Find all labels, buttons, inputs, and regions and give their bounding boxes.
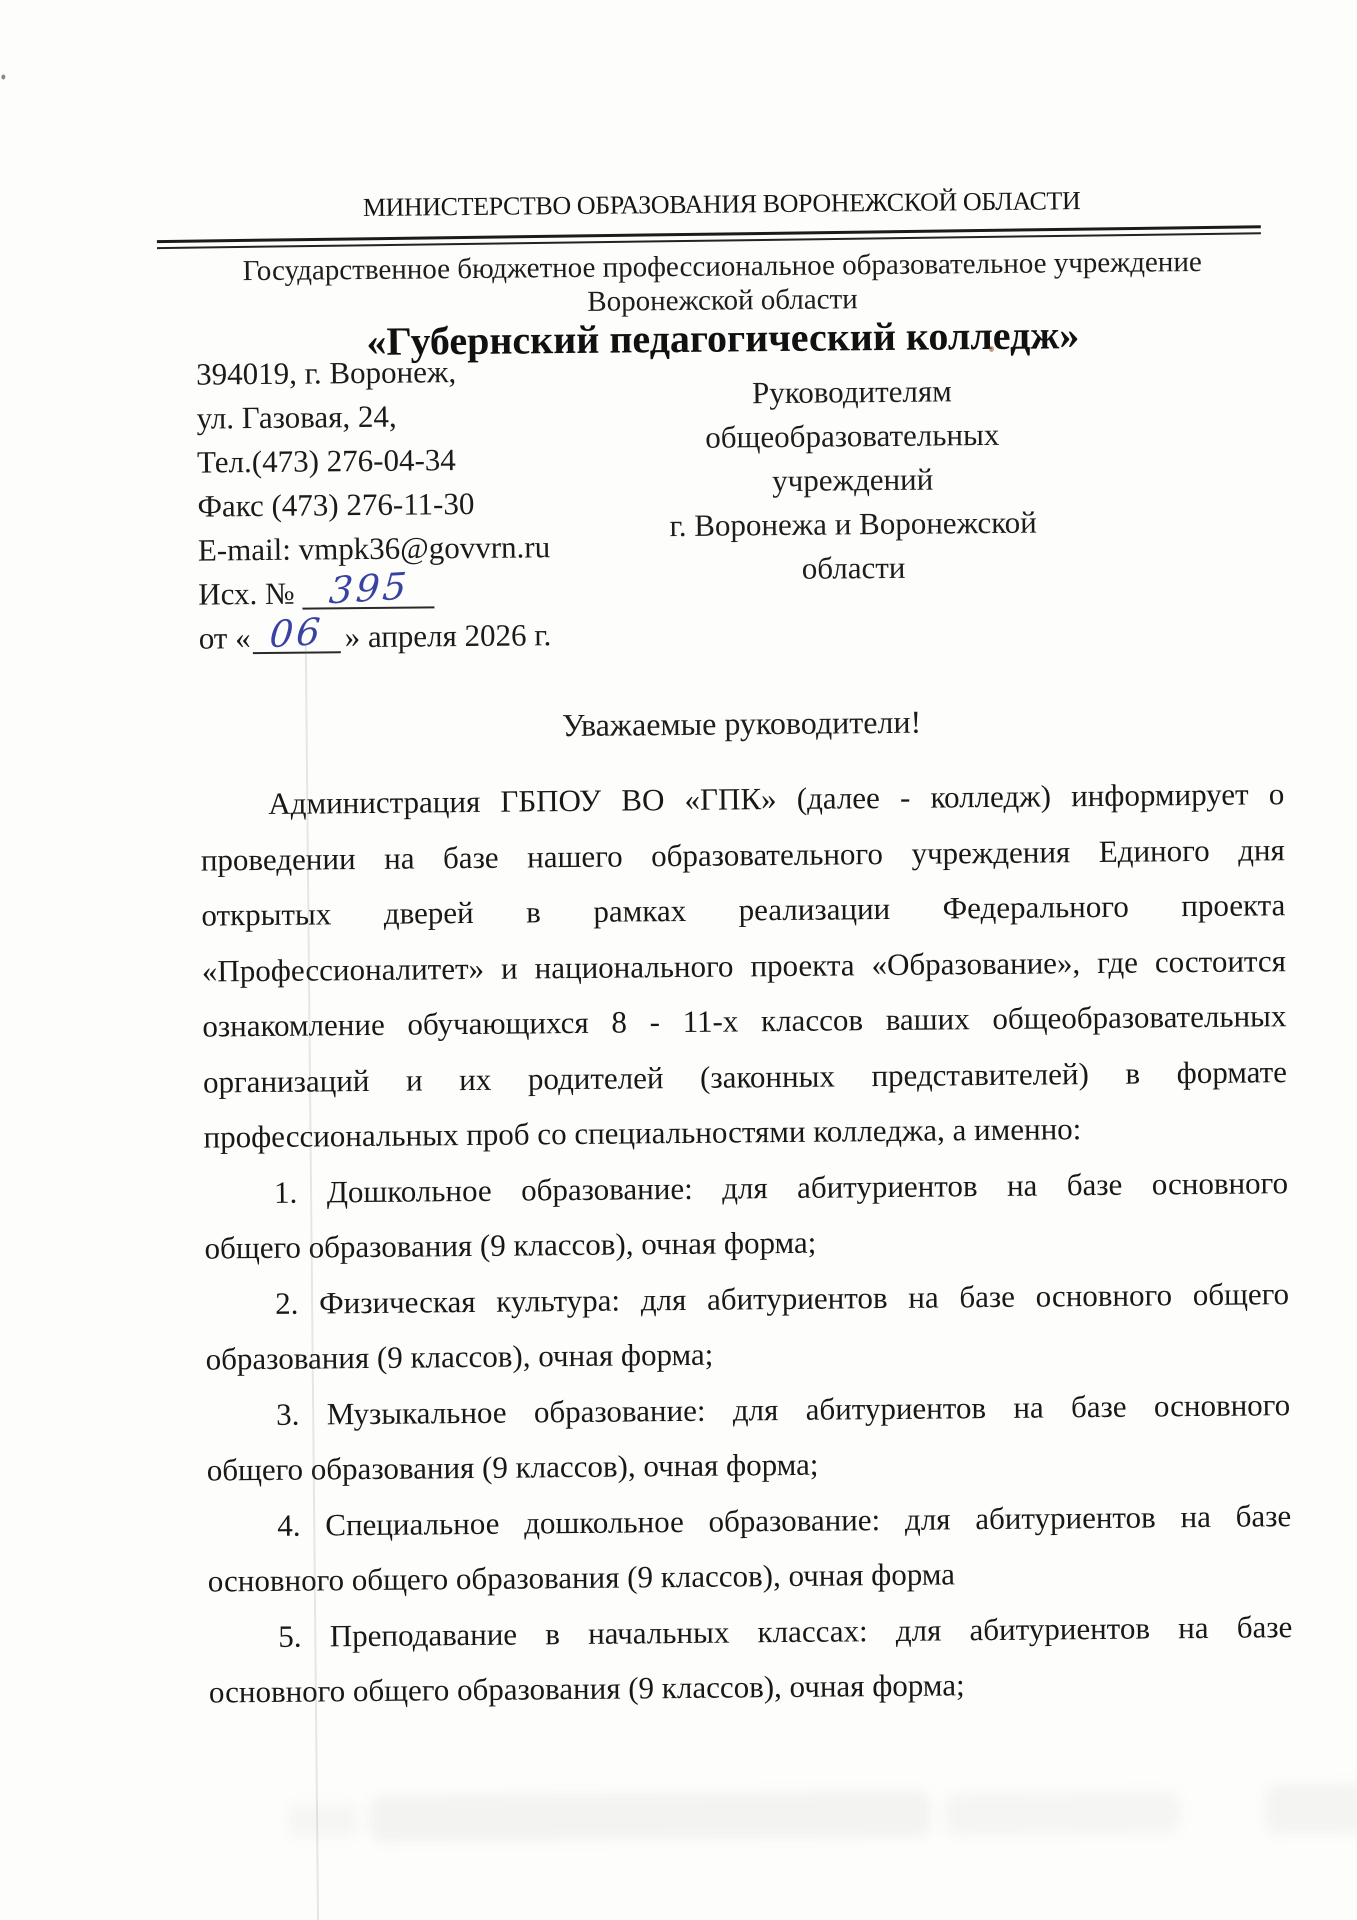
paragraph-line: профессиональных проб со специальностями…: [203, 1099, 1287, 1165]
scan-skew-wrapper: МИНИСТЕРСТВО ОБРАЗОВАНИЯ ВОРОНЕЖСКОЙ ОБЛ…: [0, 0, 1357, 1920]
sender-phone: Тел.(473) 276-04-34: [197, 436, 677, 485]
scan-speck: [989, 346, 994, 352]
paragraph-line: проведении на базе нашего образовательно…: [201, 822, 1285, 888]
salutation: Уважаемые руководители!: [199, 700, 1283, 747]
outgoing-number-handwritten: 395: [327, 570, 410, 608]
paragraph-line: «Профессионалитет» и национального проек…: [202, 933, 1286, 999]
recipient-line3: г. Воронежа и Воронежской области: [625, 500, 1081, 592]
list-item: 2. Физическая культура: для абитуриентов…: [205, 1266, 1290, 1387]
sender-postcode-city: 394019, г. Воронеж,: [196, 348, 676, 397]
scan-smudge: [370, 1791, 930, 1842]
scan-smudge: [288, 1803, 358, 1838]
sender-street: ул. Газовая, 24,: [196, 392, 676, 441]
letterhead-divider-rule: [157, 225, 1261, 249]
list-item-text: Физическая культура: для абитуриентов на…: [319, 1276, 1289, 1320]
list-item-line2: основного общего образования (9 классов)…: [209, 1654, 1293, 1720]
scan-smudge: [1265, 1783, 1357, 1834]
list-item-number: 2.: [275, 1285, 299, 1320]
list-item-text: Специальное дошкольное образование: для …: [325, 1498, 1291, 1542]
date-line: от «06» апреля 2026 г.: [199, 612, 679, 661]
list-item: 5. Преподавание в начальных классах: для…: [208, 1599, 1293, 1720]
date-day-blank: 06: [252, 618, 340, 654]
list-item-line1: 3. Музыкальное образование: для абитурие…: [206, 1377, 1290, 1443]
sender-email: E-mail: vmpk36@govvrn.ru: [198, 524, 678, 573]
list-item-line1: 4. Специальное дошкольное образование: д…: [207, 1488, 1291, 1554]
list-item-number: 3.: [276, 1396, 300, 1431]
outgoing-number-label: Исх. №: [198, 576, 295, 612]
ministry-heading: МИНИСТЕРСТВО ОБРАЗОВАНИЯ ВОРОНЕЖСКОЙ ОБЛ…: [164, 184, 1278, 225]
list-item-line2: образования (9 классов), очная форма;: [205, 1321, 1289, 1387]
recipient-block: Руководителям общеобразовательных учрежд…: [624, 368, 1081, 592]
date-day-handwritten: 06: [269, 615, 325, 652]
list-item: 3. Музыкальное образование: для абитурие…: [206, 1377, 1291, 1498]
outgoing-number-line: Исх. №395: [198, 568, 678, 617]
list-item-number: 1.: [274, 1174, 298, 1209]
paragraph-line: Администрация ГБПОУ ВО «ГПК» (далее - ко…: [200, 766, 1284, 832]
letter-body: Администрация ГБПОУ ВО «ГПК» (далее - ко…: [200, 766, 1293, 1720]
list-item-number: 4.: [277, 1507, 301, 1542]
list-item: 4. Специальное дошкольное образование: д…: [207, 1488, 1292, 1609]
list-item-line1: 1. Дошкольное образование: для абитуриен…: [204, 1155, 1288, 1221]
list-item: 1. Дошкольное образование: для абитуриен…: [204, 1155, 1289, 1276]
list-item-line2: общего образования (9 классов), очная фо…: [204, 1210, 1288, 1276]
list-item-line1: 5. Преподавание в начальных классах: для…: [208, 1599, 1292, 1665]
list-item-text: Дошкольное образование: для абитуриентов…: [327, 1165, 1289, 1209]
list-item-text: Музыкальное образование: для абитуриенто…: [327, 1387, 1291, 1431]
date-prefix: от «: [199, 620, 251, 655]
paragraph-line: организаций и их родителей (законных пре…: [203, 1044, 1287, 1110]
list-item-text: Преподавание в начальных классах: для аб…: [330, 1609, 1293, 1653]
list-item-line2: основного общего образования (9 классов)…: [208, 1543, 1292, 1609]
list-item-line2: общего образования (9 классов), очная фо…: [206, 1432, 1290, 1498]
paragraph-line: открытых дверей в рамках реализации Феде…: [201, 877, 1285, 943]
recipient-line1: Руководителям: [624, 368, 1079, 416]
recipient-line2: общеобразовательных учреждений: [625, 412, 1081, 504]
scan-smudge: [945, 1791, 1180, 1835]
list-item-number: 5.: [278, 1618, 302, 1653]
scan-speck: [1, 74, 5, 79]
paragraph-line: ознакомление обучающихся 8 - 11-х классо…: [202, 988, 1286, 1054]
sender-block: 394019, г. Воронеж, ул. Газовая, 24, Тел…: [196, 348, 679, 661]
date-suffix: » апреля 2026 г.: [344, 617, 551, 654]
list-item-line1: 2. Физическая культура: для абитуриентов…: [205, 1266, 1289, 1332]
sender-fax: Факс (473) 276-11-30: [197, 480, 677, 529]
scanned-letter-page: МИНИСТЕРСТВО ОБРАЗОВАНИЯ ВОРОНЕЖСКОЙ ОБЛ…: [0, 0, 1357, 1920]
outgoing-number-blank: 395: [302, 573, 434, 610]
